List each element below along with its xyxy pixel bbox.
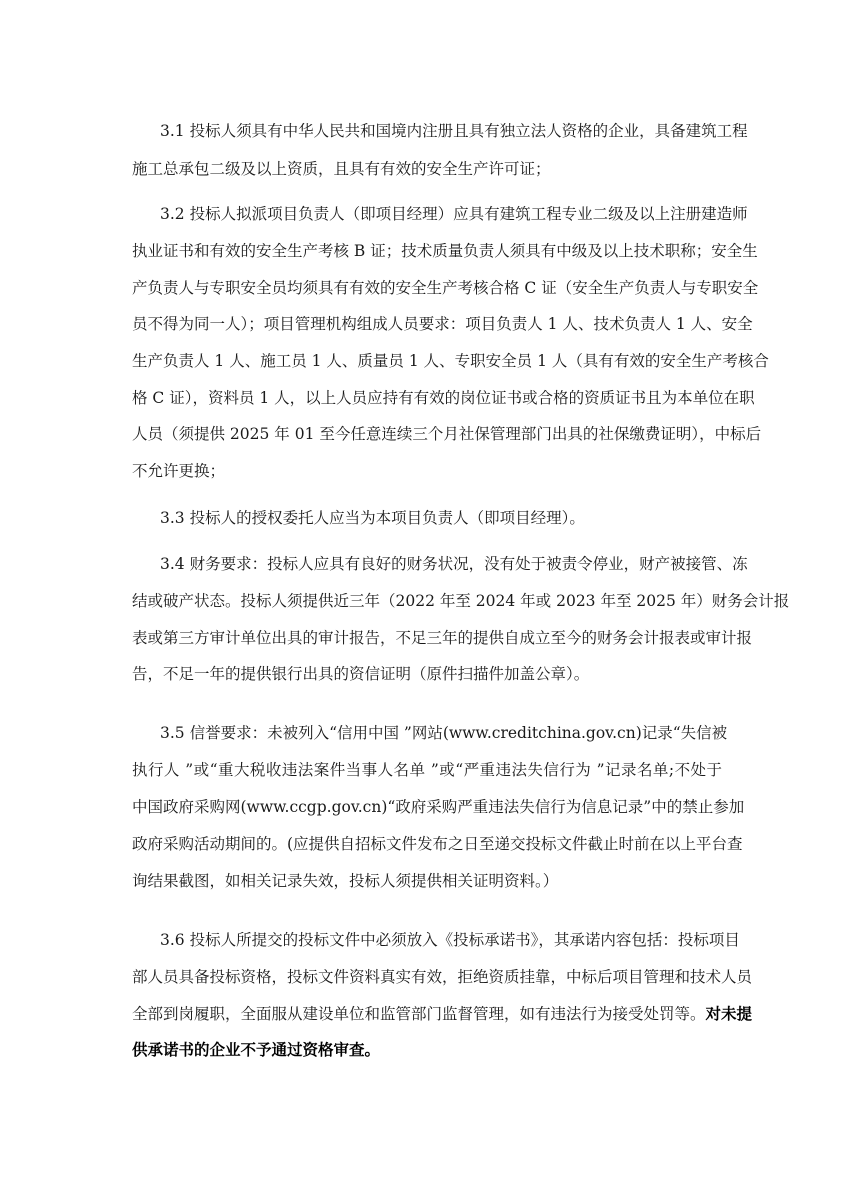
section-3-1-line-2: 施工总承包二级及以上资质，且具有有效的安全生产许可证； [132,159,722,179]
section-3-4-line-2: 结或破产状态。投标人须提供近三年（2022 年至 2024 年或 2023 年至… [132,591,722,611]
section-3-2-line-4: 员不得为同一人）；项目管理机构组成人员要求：项目负责人 1 人、技术负责人 1 … [132,314,722,334]
section-3-2-line-1: 3.2 投标人拟派项目负责人（即项目经理）应具有建筑工程专业二级及以上注册建造师 [160,204,722,224]
section-3-4-line-4: 告，不足一年的提供银行出具的资信证明（原件扫描件加盖公章）。 [132,664,722,684]
section-3-4-line-1: 3.4 财务要求：投标人应具有良好的财务状况，没有处于被责令停业，财产被接管、冻 [160,554,722,574]
section-3-2-line-5: 生产负责人 1 人、施工员 1 人、质量员 1 人、专职安全员 1 人（具有有效… [132,351,722,371]
section-3-6-line-3-text: 全部到岗履职，全面服从建设单位和监管部门监督管理，如有违法行为接受处罚等。 [132,1005,706,1023]
section-3-5-line-3: 中国政府采购网(www.ccgp.gov.cn)“政府采购严重违法失信行为信息记… [132,797,722,817]
section-3-6-line-1: 3.6 投标人所提交的投标文件中必须放入《投标承诺书》，其承诺内容包括：投标项目 [160,930,722,950]
section-3-4-line-3: 表或第三方审计单位出具的审计报告，不足三年的提供自成立至今的财务会计报表或审计报 [132,628,722,648]
section-3-5-line-2: 执行人 ”或“重大税收违法案件当事人名单 ”或“严重违法失信行为 ”记录名单;不… [132,760,722,780]
section-3-6-line-3: 全部到岗履职，全面服从建设单位和监管部门监督管理，如有违法行为接受处罚等。对未提 [132,1004,722,1024]
bold-notice-start: 对未提 [706,1004,753,1023]
section-3-2-line-3: 产负责人与专职安全员均须具有有效的安全生产考核合格 C 证（安全生产负责人与专职… [132,278,722,298]
section-3-3-line-1: 3.3 投标人的授权委托人应当为本项目负责人（即项目经理）。 [160,508,722,528]
section-3-2-line-8: 不允许更换； [132,461,722,481]
section-3-2-line-2: 执业证书和有效的安全生产考核 B 证；技术质量负责人须具有中级及以上技术职称；安… [132,241,722,261]
section-3-2-line-7: 人员（须提供 2025 年 01 至今任意连续三个月社保管理部门出具的社保缴费证… [132,424,722,444]
bold-notice-end: 供承诺书的企业不予通过资格审查。 [132,1040,722,1060]
document-page: 3.1 投标人须具有中华人民共和国境内注册且具有独立法人资格的企业，具备建筑工程… [0,0,850,1202]
section-3-6-line-2: 部人员具备投标资格，投标文件资料真实有效，拒绝资质挂靠，中标后项目管理和技术人员 [132,967,722,987]
section-3-5-line-1: 3.5 信誉要求：未被列入“信用中国 ”网站(www.creditchina.g… [160,723,722,743]
section-3-1-line-1: 3.1 投标人须具有中华人民共和国境内注册且具有独立法人资格的企业，具备建筑工程 [160,121,722,141]
section-3-2-line-6: 格 C 证），资料员 1 人，以上人员应持有有效的岗位证书或合格的资质证书且为本… [132,388,722,408]
section-3-5-line-5: 询结果截图，如相关记录失效，投标人须提供相关证明资料。） [132,871,722,891]
section-3-5-line-4: 政府采购活动期间的。(应提供自招标文件发布之日至递交投标文件截止时前在以上平台查 [132,834,722,854]
